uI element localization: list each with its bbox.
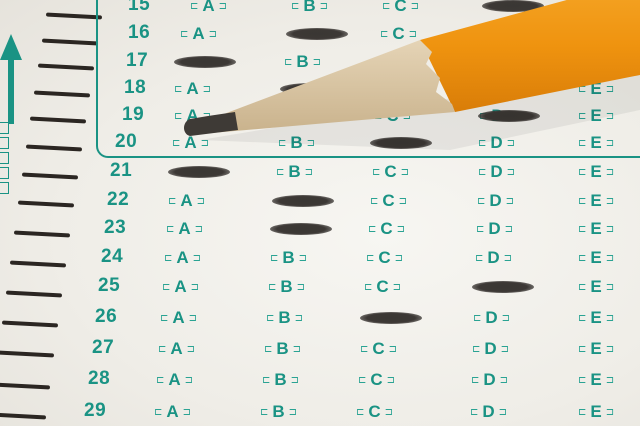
bubble-b[interactable]: ⊏B⊐	[260, 402, 297, 422]
answer-row: 26⊏A⊐⊏B⊐⊏D⊐⊏E⊐	[0, 306, 640, 332]
bubble-a[interactable]: ⊏A⊐	[180, 24, 217, 44]
question-number: 15	[128, 0, 150, 16]
bubble-a[interactable]: ⊏A⊐	[166, 219, 203, 239]
bubble-d[interactable]: ⊏D⊐	[481, 52, 518, 72]
answer-row: 21⊏B⊐⊏C⊐⊏D⊐⊏E⊐	[0, 160, 640, 186]
bubble-d[interactable]: ⊏D⊐	[477, 191, 514, 211]
bubble-a[interactable]: ⊏A⊐	[174, 79, 211, 99]
bubble-d[interactable]: ⊏D⊐	[478, 133, 515, 153]
question-number: 26	[95, 306, 117, 328]
bubble-c[interactable]: ⊏C⊐	[370, 191, 407, 211]
answer-row: 18⊏A⊐⊏C⊐⊏D⊐⊏E⊐	[0, 77, 640, 103]
filled-bubble-a[interactable]	[174, 56, 236, 68]
question-number: 28	[88, 368, 110, 390]
question-number: 23	[104, 217, 126, 239]
bubble-e[interactable]: ⊏E⊐	[578, 402, 614, 422]
question-number: 20	[115, 131, 137, 153]
question-number: 24	[101, 246, 123, 268]
question-number: 21	[110, 160, 132, 182]
bubble-d[interactable]: ⊏D⊐	[473, 308, 510, 328]
bubble-e[interactable]: ⊏E⊐	[578, 370, 614, 390]
bubble-a[interactable]: ⊏A⊐	[158, 339, 195, 359]
bubble-c[interactable]: ⊏C⊐	[378, 52, 415, 72]
question-number: 19	[122, 104, 144, 126]
question-number: 16	[128, 22, 150, 44]
answer-row: 20⊏A⊐⊏B⊐⊏D⊐⊏E⊐	[0, 131, 640, 157]
answer-row: 15⊏A⊐⊏B⊐⊏C⊐⊏E⊐	[0, 0, 640, 20]
bubble-e[interactable]: ⊏E⊐	[578, 308, 614, 328]
bubble-a[interactable]: ⊏A⊐	[172, 133, 209, 153]
bubble-c[interactable]: ⊏C⊐	[364, 277, 401, 297]
bubble-c[interactable]: ⊏C⊐	[360, 339, 397, 359]
bubble-d[interactable]: ⊏D⊐	[470, 402, 507, 422]
filled-bubble-d[interactable]	[482, 0, 544, 12]
bubble-a[interactable]: ⊏A⊐	[162, 277, 199, 297]
bubble-a[interactable]: ⊏A⊐	[168, 191, 205, 211]
bubble-d[interactable]: ⊏D⊐	[475, 248, 512, 268]
bubble-a[interactable]: ⊏A⊐	[154, 402, 191, 422]
bubble-c[interactable]: ⊏C⊐	[376, 79, 413, 99]
bubble-d[interactable]: ⊏D⊐	[480, 79, 517, 99]
answer-row: 25⊏A⊐⊏B⊐⊏C⊐⊏E⊐	[0, 275, 640, 301]
filled-bubble-c[interactable]	[360, 312, 422, 324]
question-number: 17	[126, 50, 148, 72]
question-number: 27	[92, 337, 114, 359]
bubble-b[interactable]: ⊏B⊐	[266, 308, 303, 328]
bubble-b[interactable]: ⊏B⊐	[276, 162, 313, 182]
filled-bubble-d[interactable]	[472, 281, 534, 293]
filled-bubble-d[interactable]	[478, 110, 540, 122]
question-number: 25	[98, 275, 120, 297]
bubble-e[interactable]: ⊏E⊐	[578, 52, 614, 72]
bubble-c[interactable]: ⊏C⊐	[356, 402, 393, 422]
bubble-e[interactable]: ⊏E⊐	[578, 162, 614, 182]
bubble-e[interactable]: ⊏E⊐	[578, 277, 614, 297]
filled-bubble-c[interactable]	[370, 137, 432, 149]
bubble-e[interactable]: ⊏E⊐	[578, 79, 614, 99]
answer-row: 17⊏B⊐⊏C⊐⊏D⊐⊏E⊐	[0, 50, 640, 76]
answer-row: 23⊏A⊐⊏C⊐⊏D⊐⊏E⊐	[0, 217, 640, 243]
bubble-a[interactable]: ⊏A⊐	[164, 248, 201, 268]
bubble-b[interactable]: ⊏B⊐	[262, 370, 299, 390]
bubble-a[interactable]: ⊏A⊐	[190, 0, 227, 16]
bubble-b[interactable]: ⊏B⊐	[284, 52, 321, 72]
filled-bubble-b[interactable]	[270, 223, 332, 235]
question-number: 18	[124, 77, 146, 99]
bubble-c[interactable]: ⊏C⊐	[374, 106, 411, 126]
question-number: 29	[84, 400, 106, 422]
bubble-c[interactable]: ⊏C⊐	[382, 0, 419, 16]
bubble-a[interactable]: ⊏A⊐	[174, 106, 211, 126]
bubble-d[interactable]: ⊏D⊐	[472, 339, 509, 359]
bubble-d[interactable]: ⊏D⊐	[476, 219, 513, 239]
bubble-c[interactable]: ⊏C⊐	[372, 162, 409, 182]
bubble-c[interactable]: ⊏C⊐	[358, 370, 395, 390]
bubble-b[interactable]: ⊏B⊐	[278, 133, 315, 153]
filled-bubble-b[interactable]	[280, 83, 342, 95]
answer-row: 16⊏A⊐⊏C⊐⊏D⊐⊏E⊐	[0, 22, 640, 48]
filled-bubble-b[interactable]	[286, 28, 348, 40]
bubble-c[interactable]: ⊏C⊐	[366, 248, 403, 268]
bubble-e[interactable]: ⊏E⊐	[578, 219, 614, 239]
question-number: 22	[107, 189, 129, 211]
bubble-b[interactable]: ⊏B⊐	[268, 277, 305, 297]
answer-row: 24⊏A⊐⊏B⊐⊏C⊐⊏D⊐⊏E⊐	[0, 246, 640, 272]
bubble-b[interactable]: ⊏B⊐	[291, 0, 328, 16]
bubble-d[interactable]: ⊏D⊐	[471, 370, 508, 390]
bubble-b[interactable]: ⊏B⊐	[270, 248, 307, 268]
filled-bubble-b[interactable]	[272, 195, 334, 207]
filled-bubble-a[interactable]	[168, 166, 230, 178]
answer-row: 19⊏A⊐⊏B⊐⊏C⊐⊏D⊐⊏E⊐	[0, 104, 640, 130]
bubble-e[interactable]: ⊏E⊐	[578, 339, 614, 359]
bubble-d[interactable]: ⊏D⊐	[478, 162, 515, 182]
bubble-c[interactable]: ⊏C⊐	[380, 24, 417, 44]
bubble-e[interactable]: ⊏E⊐	[578, 106, 614, 126]
bubble-e[interactable]: ⊏E⊐	[580, 0, 616, 16]
bubble-e[interactable]: ⊏E⊐	[578, 248, 614, 268]
bubble-b[interactable]: ⊏B⊐	[264, 339, 301, 359]
bubble-a[interactable]: ⊏A⊐	[160, 308, 197, 328]
answer-row: 27⊏A⊐⊏B⊐⊏C⊐⊏D⊐⊏E⊐	[0, 337, 640, 363]
answer-sheet-photo: 15⊏A⊐⊏B⊐⊏C⊐⊏E⊐16⊏A⊐⊏C⊐⊏D⊐⊏E⊐17⊏B⊐⊏C⊐⊏D⊐⊏…	[0, 0, 640, 426]
bubble-d[interactable]: ⊏D⊐	[482, 24, 519, 44]
bubble-e[interactable]: ⊏E⊐	[578, 24, 614, 44]
bubble-e[interactable]: ⊏E⊐	[578, 191, 614, 211]
answer-row: 28⊏A⊐⊏B⊐⊏C⊐⊏D⊐⊏E⊐	[0, 368, 640, 394]
bubble-c[interactable]: ⊏C⊐	[368, 219, 405, 239]
bubble-b[interactable]: ⊏B⊐	[280, 106, 317, 126]
bubble-e[interactable]: ⊏E⊐	[578, 133, 614, 153]
bubble-a[interactable]: ⊏A⊐	[156, 370, 193, 390]
answer-row: 29⊏A⊐⊏B⊐⊏C⊐⊏D⊐⊏E⊐	[0, 400, 640, 426]
answer-row: 22⊏A⊐⊏C⊐⊏D⊐⊏E⊐	[0, 189, 640, 215]
